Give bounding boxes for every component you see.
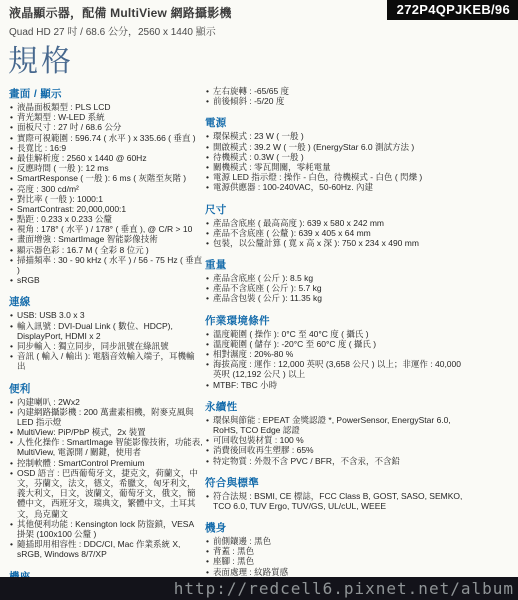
spec-item: 前後傾斜 : -5/20 度 [205,96,468,106]
spec-item: 座腳 : 黑色 [205,556,468,566]
spec-item: 輸入訊號 : DVI-Dual Link ( 數位、HDCP), Display… [9,321,203,341]
spec-item: 溫度範圍 ( 操作 ): 0°C 至 40°C 度 ( 攝氏 ) [205,329,468,339]
spec-item: 環保與節能 : EPEAT 金獎認證 *, PowerSensor, Energ… [205,415,468,435]
spec-item: 左右旋轉 : -65/65 度 [205,86,468,96]
section-title: 符合與標準 [205,475,468,490]
spec-list: 左右旋轉 : -65/65 度前後傾斜 : -5/20 度 [205,86,468,106]
spec-column-right: 左右旋轉 : -65/65 度前後傾斜 : -5/20 度電源環保模式 : 23… [205,86,468,577]
spec-section: 電源環保模式 : 23 W ( 一般 )開啟模式 : 39.2 W ( 一般 )… [205,115,468,192]
spec-section: 作業環境條件溫度範圍 ( 操作 ): 0°C 至 40°C 度 ( 攝氏 )溫度… [205,313,468,390]
spec-section: 尺寸產品含底座 ( 最高高度 ): 639 x 580 x 242 mm產品不含… [205,202,468,249]
spec-item: 特定物質 : 外殼不含 PVC / BFR，不含汞，不含鉛 [205,456,468,466]
spec-list: 液晶面板類型 : PLS LCD背光類型 : W-LED 系統面板尺寸 : 27… [9,102,203,285]
section-title: 作業環境條件 [205,313,468,328]
section-title: 便利 [9,381,203,396]
spec-item: 電源供應器 : 100-240VAC，50-60Hz. 內建 [205,182,468,192]
section-title: 連線 [9,294,203,309]
spec-item: 環保模式 : 23 W ( 一般 ) [205,131,468,141]
spec-item: 實際可視範圍 : 596.74 ( 水平 ) x 335.66 ( 垂直 ) [9,133,203,143]
spec-list: 內建喇叭 : 2Wx2內建網路攝影機 : 200 萬畫素相機，附麥克風與 LED… [9,397,203,560]
product-header: 液晶顯示器，配備 MultiView 網路攝影機 Quad HD 27 吋 / … [9,4,379,38]
spec-item: 人性化操作 : SmartImage 智能影像技術，功能表, MultiView… [9,437,203,457]
spec-item: 產品含底座 ( 公斤 ): 8.5 kg [205,273,468,283]
spec-sheet-page: 液晶顯示器，配備 MultiView 網路攝影機 Quad HD 27 吋 / … [0,0,518,600]
spec-item: 開啟模式 : 39.2 W ( 一般 ) (EnergyStar 6.0 測試方… [205,142,468,152]
spec-item: 電源 LED 指示燈 : 操作 - 白色，待機模式 - 白色 ( 閃爍 ) [205,172,468,182]
spec-item: 可回收包裝材質 : 100 % [205,435,468,445]
spec-list: 環保與節能 : EPEAT 金獎認證 *, PowerSensor, Energ… [205,415,468,466]
spec-item: 背光類型 : W-LED 系統 [9,112,203,122]
footer-bar: http://redcell6.pixnet.net/album [0,577,518,600]
spec-item: 海拔高度 : 運作 : 12,000 英呎 (3,658 公尺 ) 以上；非運作… [205,359,468,379]
spec-item: 產品含包裝 ( 公斤 ): 11.35 kg [205,293,468,303]
spec-item: 畫面增強 : SmartImage 智能影像技術 [9,234,203,244]
spec-section: 重量產品含底座 ( 公斤 ): 8.5 kg產品不含底座 ( 公斤 ): 5.7… [205,257,468,304]
page-title: 規格 [8,36,74,80]
spec-item: 反應時間 ( 一般 ): 12 ms [9,163,203,173]
spec-section: 符合與標準符合法規 : BSMI, CE 標誌，FCC Class B, GOS… [205,475,468,511]
spec-item: 產品不含底座 ( 公釐 ): 639 x 405 x 64 mm [205,228,468,238]
spec-item: 前側鑲邊 : 黑色 [205,536,468,546]
spec-item: MultiView: PiP/PbP 模式，2x 裝置 [9,427,203,437]
spec-item: 內建喇叭 : 2Wx2 [9,397,203,407]
spec-item: 表面處理 : 紋路質感 [205,567,468,577]
spec-item: 隨插即用相容性 : DDC/CI, Mac 作業系統 X, sRGB, Wind… [9,539,203,559]
spec-item: 關機模式 : 零瓦開關，零耗電量 [205,162,468,172]
spec-item: 產品不含底座 ( 公斤 ): 5.7 kg [205,283,468,293]
spec-list: 符合法規 : BSMI, CE 標誌，FCC Class B, GOST, SA… [205,491,468,511]
spec-item: 長寬比 : 16:9 [9,143,203,153]
spec-item: USB: USB 3.0 x 3 [9,310,203,320]
spec-item: 包裝，以公釐計算 ( 寬 x 高 x 深 ): 750 x 234 x 490 … [205,238,468,248]
section-title: 電源 [205,115,468,130]
spec-section: 畫面 / 顯示液晶面板類型 : PLS LCD背光類型 : W-LED 系統面板… [9,86,203,285]
spec-item: 控制軟體 : SmartControl Premium [9,458,203,468]
spec-item: 相對濕度 : 20%-80 % [205,349,468,359]
spec-item: 音訊 ( 輸入 / 輸出 ): 電腦音效輸入端子，耳機輸出 [9,351,203,371]
spec-item: 對比率 ( 一般 ): 1000:1 [9,194,203,204]
spec-item: 內建網路攝影機 : 200 萬畫素相機，附麥克風與 LED 指示燈 [9,407,203,427]
spec-list: USB: USB 3.0 x 3輸入訊號 : DVI-Dual Link ( 數… [9,310,203,371]
spec-list: 產品含底座 ( 最高高度 ): 639 x 580 x 242 mm產品不含底座… [205,218,468,249]
spec-item: 同步輸入 : 獨立同步，同步訊號在綠訊號 [9,341,203,351]
spec-item: SmartResponse ( 一般 ): 6 ms ( 灰階至灰階 ) [9,173,203,183]
spec-item: 亮度 : 300 cd/m² [9,184,203,194]
spec-item: 產品含底座 ( 最高高度 ): 639 x 580 x 242 mm [205,218,468,228]
spec-column-left: 畫面 / 顯示液晶面板類型 : PLS LCD背光類型 : W-LED 系統面板… [9,86,203,600]
spec-item: 背蓋 : 黑色 [205,546,468,556]
section-title: 永續性 [205,399,468,414]
spec-section: 連線USB: USB 3.0 x 3輸入訊號 : DVI-Dual Link (… [9,294,203,371]
spec-list: 環保模式 : 23 W ( 一般 )開啟模式 : 39.2 W ( 一般 ) (… [205,131,468,192]
spec-item: 溫度範圍 ( 儲存 ): -20°C 至 60°C 度 ( 攝氏 ) [205,339,468,349]
section-title: 重量 [205,257,468,272]
spec-section: 機身前側鑲邊 : 黑色背蓋 : 黑色座腳 : 黑色表面處理 : 紋路質感 [205,520,468,577]
spec-section: 永續性環保與節能 : EPEAT 金獎認證 *, PowerSensor, En… [205,399,468,466]
spec-list: 溫度範圍 ( 操作 ): 0°C 至 40°C 度 ( 攝氏 )溫度範圍 ( 儲… [205,329,468,390]
spec-item: 液晶面板類型 : PLS LCD [9,102,203,112]
section-title: 機身 [205,520,468,535]
spec-list: 產品含底座 ( 公斤 ): 8.5 kg產品不含底座 ( 公斤 ): 5.7 k… [205,273,468,304]
spec-item: 點距 : 0.233 x 0.233 公釐 [9,214,203,224]
spec-list: 前側鑲邊 : 黑色背蓋 : 黑色座腳 : 黑色表面處理 : 紋路質感 [205,536,468,577]
spec-item: OSD 語言 : 巴西葡萄牙文，捷克文，荷蘭文，中文，芬蘭文，法文，德文，希臘文… [9,468,203,519]
spec-section: 左右旋轉 : -65/65 度前後傾斜 : -5/20 度 [205,86,468,106]
spec-item: 消費後回收再生塑膠 : 65% [205,445,468,455]
section-title: 畫面 / 顯示 [9,86,203,101]
spec-item: SmartContrast: 20,000,000:1 [9,204,203,214]
spec-item: 顯示器色彩 : 16.7 M ( 全彩 8 位元 ) [9,245,203,255]
spec-item: 符合法規 : BSMI, CE 標誌，FCC Class B, GOST, SA… [205,491,468,511]
spec-section: 便利內建喇叭 : 2Wx2內建網路攝影機 : 200 萬畫素相機，附麥克風與 L… [9,381,203,560]
spec-item: MTBF: TBC 小時 [205,380,468,390]
model-number-badge: 272P4QPJKEB/96 [387,0,518,20]
spec-item: 其他便利功能 : Kensington lock 防盜鎖，VESA 掛架 (10… [9,519,203,539]
spec-item: 面板尺寸 : 27 吋 / 68.6 公分 [9,122,203,132]
spec-item: 最佳解析度 : 2560 x 1440 @ 60Hz [9,153,203,163]
spec-item: 視角 : 178° ( 水平 ) / 178° ( 垂直 ), @ C/R > … [9,224,203,234]
watermark-url: http://redcell6.pixnet.net/album [174,579,518,598]
product-title: 液晶顯示器，配備 MultiView 網路攝影機 [9,4,379,21]
spec-item: 待機模式 : 0.3W ( 一般 ) [205,152,468,162]
section-title: 尺寸 [205,202,468,217]
spec-item: 掃描頻率 : 30 - 90 kHz ( 水平 ) / 56 - 75 Hz (… [9,255,203,275]
spec-item: sRGB [9,275,203,285]
